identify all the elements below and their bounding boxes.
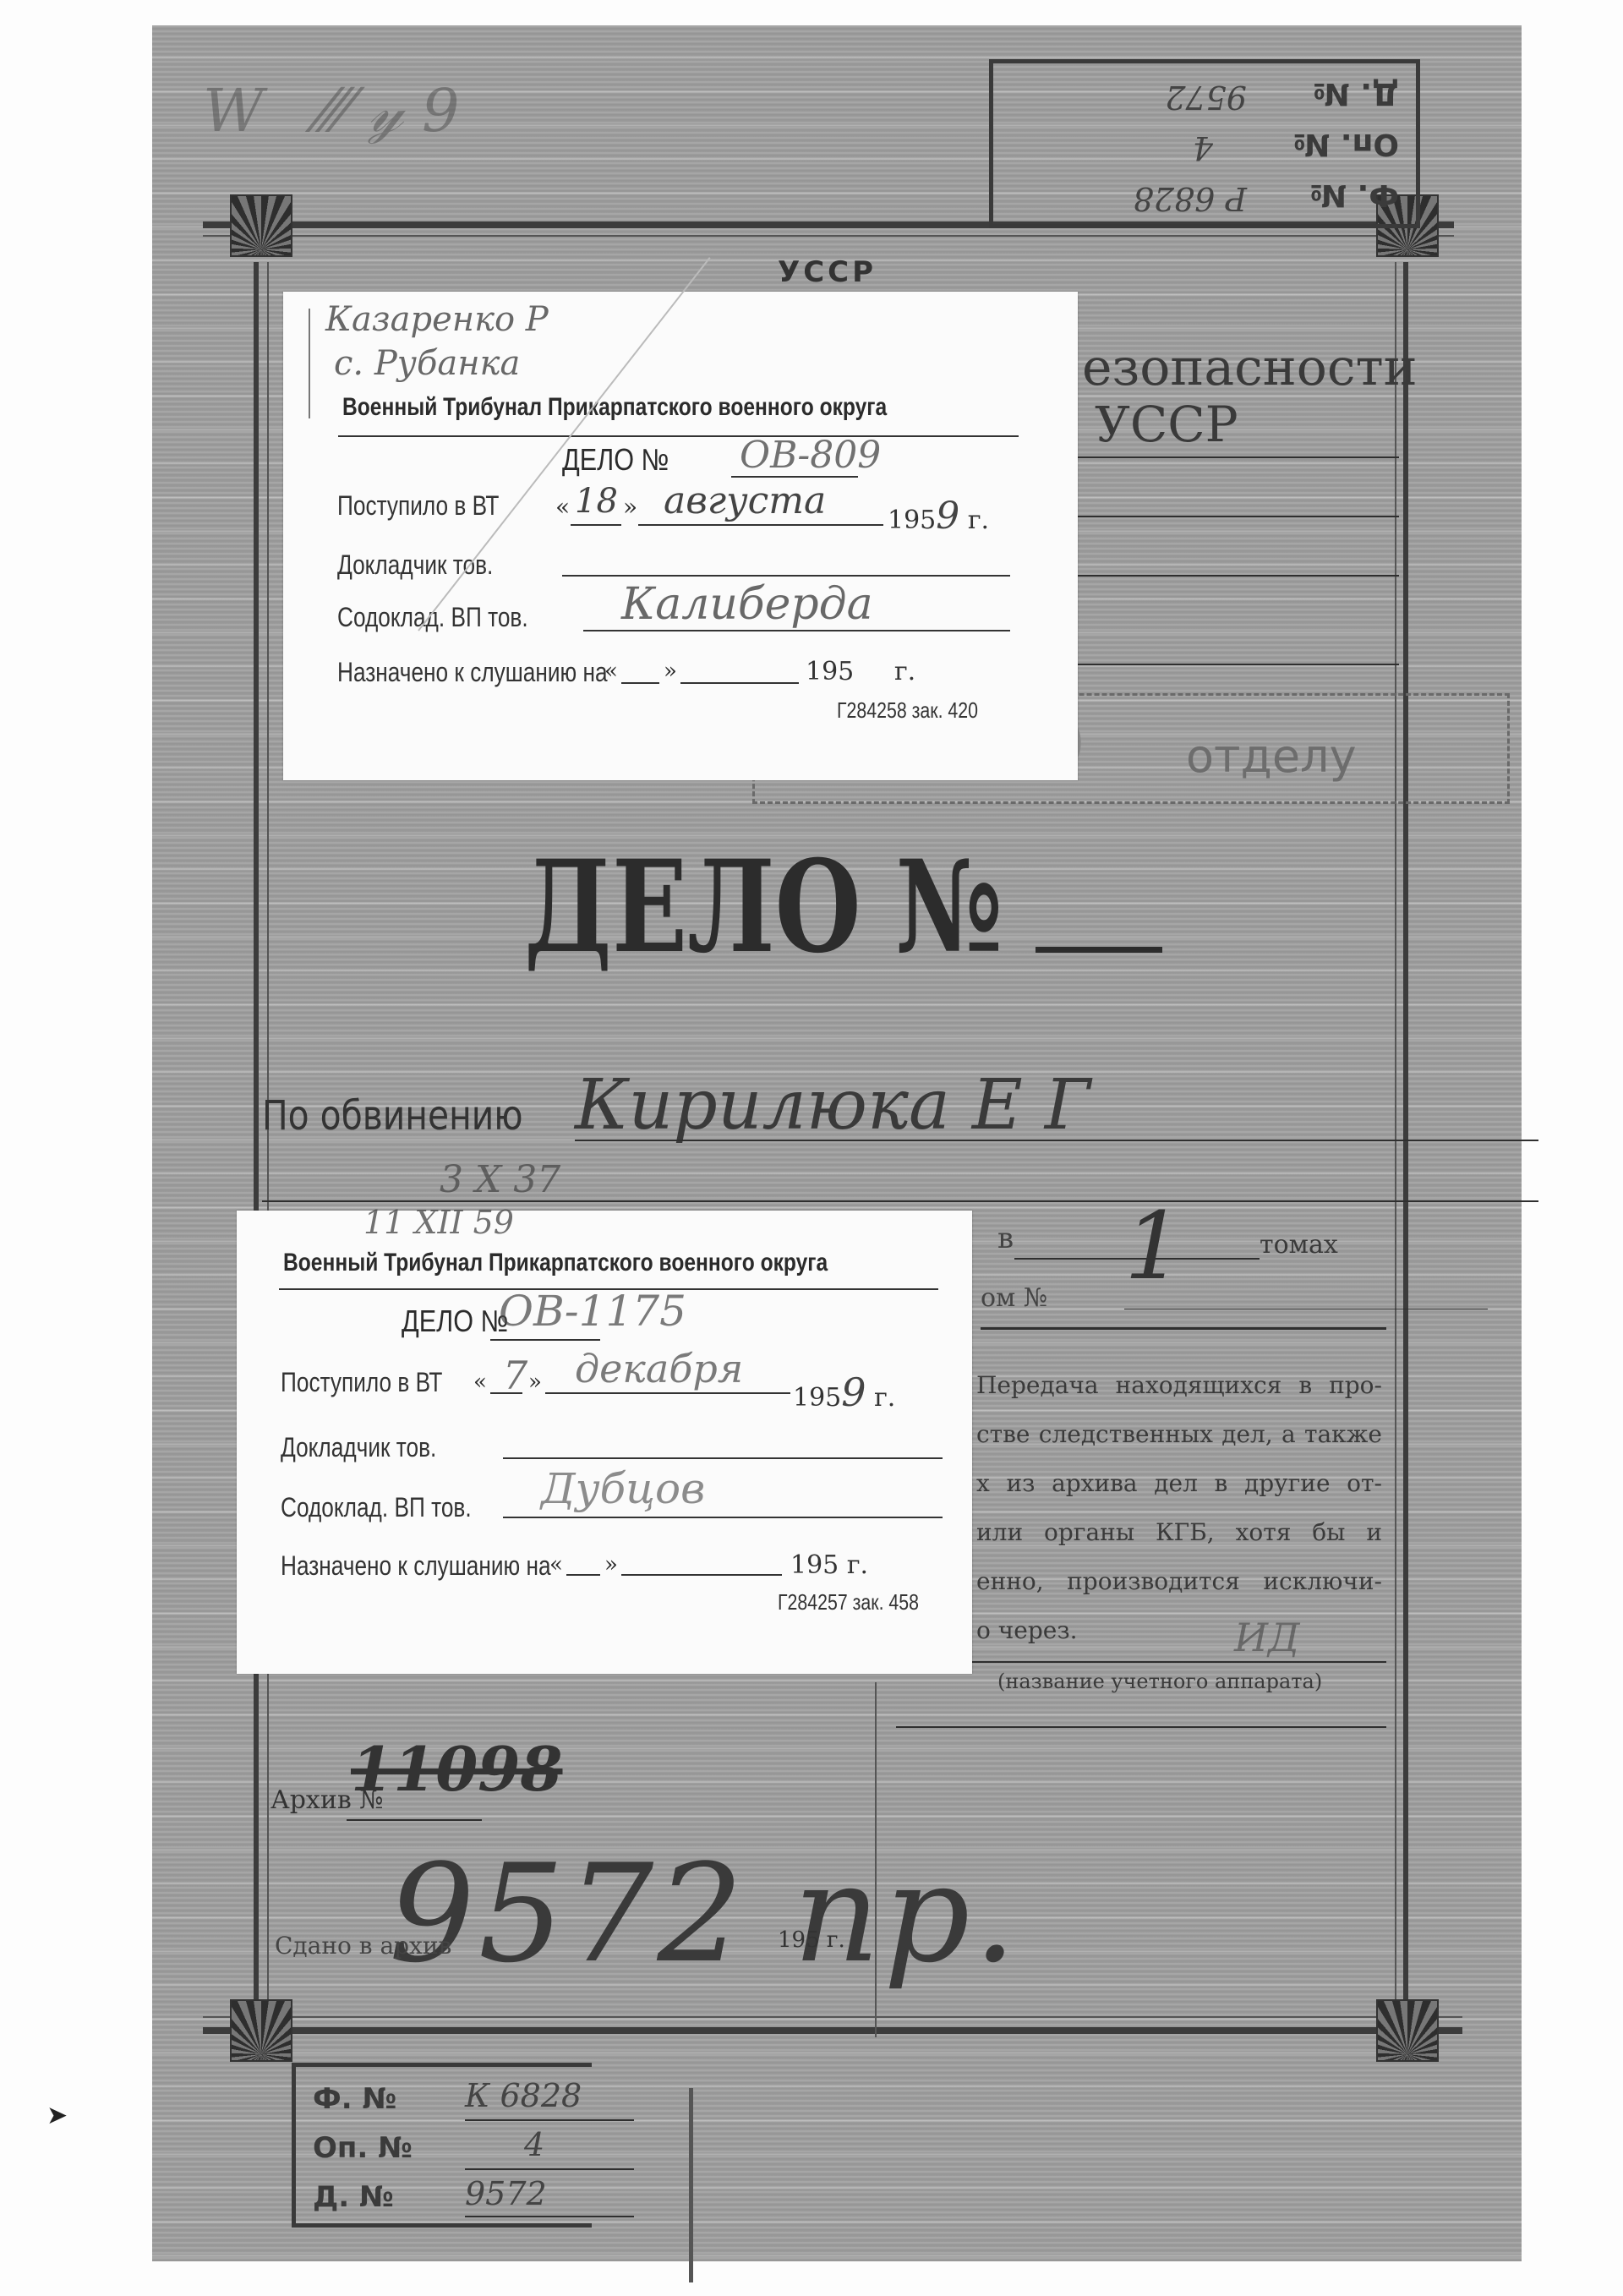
corapporteur-label: Содоклад. ВП тов. (337, 602, 528, 633)
frame-bottom (203, 2027, 1462, 2034)
received-year-suffix: г. (874, 1383, 895, 1413)
tribunal-rule (338, 435, 1019, 437)
quote-close: » (528, 1369, 542, 1395)
agency-title-line2: УССР (1095, 396, 1238, 453)
hearing-year-suffix: г. (894, 657, 915, 686)
hearing-day-rule (566, 1574, 600, 1576)
header-rule (1078, 664, 1399, 665)
cover-title: ДЕЛО № (524, 833, 1003, 981)
handed-year-suffix: г. (827, 1927, 845, 1953)
corner-ornament-icon (1376, 1999, 1439, 2062)
cover-title-text: ДЕЛО № (524, 833, 1003, 981)
republic-header: УССР (778, 255, 877, 289)
case-number-blank (1036, 947, 1162, 953)
stamp-row-value: 9572 (465, 2175, 547, 2212)
notice-initials: ИД (1234, 1615, 1300, 1660)
accounted-stamp-suffix: отделу (1186, 730, 1357, 783)
volume-separator (981, 1327, 1386, 1330)
received-day: 7 (503, 1353, 527, 1398)
received-day: 18 (575, 482, 618, 521)
notice-line: х из архива дел в другие от- (976, 1459, 1382, 1508)
rapporteur-rule (503, 1457, 943, 1459)
stamp-row-rule (465, 2216, 634, 2217)
accounting-rule (964, 1661, 1386, 1663)
frame-top-inner (203, 235, 1454, 237)
hearing-day-rule (621, 682, 659, 684)
received-month: августа (664, 479, 826, 522)
tribunal-label-2: 11 XII 59 Военный Трибунал Прикарпатског… (237, 1211, 972, 1674)
quote-close: » (664, 659, 677, 684)
hearing-month-rule (621, 1574, 782, 1576)
received-year-digit: 9 (936, 495, 959, 538)
corapporteur-label: Содоклад. ВП тов. (281, 1492, 472, 1523)
quote-close: » (623, 493, 637, 521)
hearing-label: Назначено к слушанию на (337, 657, 608, 688)
volumes-prefix: в (997, 1222, 1014, 1255)
notice-line: енно, производится исключи- (976, 1557, 1382, 1606)
quote-close: » (604, 1552, 618, 1577)
quote-open: « (555, 493, 570, 521)
archive-stamp-bottom: Ф. № К 6828 Оп. № 4 Д. № 9572 (292, 2063, 592, 2228)
corapporteur-value: Калиберда (621, 579, 873, 630)
received-year-prefix: 195 (888, 506, 936, 535)
hearing-year: 195 г. (790, 1550, 868, 1580)
rapporteur-rule (562, 575, 1010, 577)
archive-value-struck: 11098 (351, 1733, 563, 1805)
corner-ornament-icon (230, 1999, 292, 2062)
volume-number-label: ом № (981, 1283, 1047, 1313)
notice-line: Передача находящихся в про- (976, 1361, 1382, 1410)
archive-rule (347, 1819, 482, 1821)
quote-open: « (549, 1552, 563, 1577)
case-number-value: ОВ-809 (740, 434, 881, 477)
frame-right (1403, 262, 1408, 2004)
stamp-row-value: К 6828 (465, 2077, 582, 2114)
handed-label: Сдано в архив (275, 1932, 451, 1960)
stamp-row-value: 4 (1193, 129, 1213, 167)
handwritten-header: Казаренко Р (325, 300, 549, 339)
case-number-rule (490, 1339, 600, 1341)
archive-value-struck-text: 11098 (351, 1733, 563, 1805)
corapporteur-rule (583, 630, 1010, 631)
hearing-label: Назначено к слушанию на (281, 1550, 551, 1582)
stamp-row-value: 9572 (1165, 79, 1247, 116)
received-month-rule (638, 524, 883, 526)
received-year: 1959 г. (793, 1369, 895, 1415)
corner-ornament-icon (230, 194, 292, 257)
rapporteur-label: Докладчик тов. (281, 1432, 436, 1463)
accounting-rule-2 (896, 1726, 1386, 1728)
margin-mark: ➤ (46, 2101, 68, 2130)
print-code: Г284258 зак. 420 (837, 697, 978, 724)
stamp-row-value: 4 (524, 2126, 544, 2163)
case-label: ДЕЛО № (402, 1304, 508, 1339)
accusation-value: Кирилюка Е Г (575, 1065, 1090, 1145)
hearing-year: 195 г. (806, 657, 915, 686)
accusation-rule-2 (262, 1200, 1538, 1202)
accusation-rule (575, 1140, 1538, 1141)
stamp-row-label: Ф. № (1310, 178, 1399, 212)
stamp-row-label: Д. № (1313, 76, 1399, 111)
stamp-row-label: Оп. № (1293, 127, 1399, 161)
header-rule (1078, 516, 1399, 517)
case-number-value: ОВ-1175 (499, 1287, 686, 1336)
volume-number-rule (1124, 1309, 1488, 1309)
notice-line: о через. (976, 1606, 1382, 1655)
received-month-rule (545, 1392, 790, 1394)
frame-right-inner (1395, 262, 1396, 2004)
case-label: ДЕЛО № (562, 442, 669, 478)
stamp-row-rule (465, 2168, 634, 2170)
notice-line: стве следственных дел, а также (976, 1410, 1382, 1459)
handed-year: 195 г. (778, 1927, 845, 1953)
agency-title-line1: езопасности (1082, 338, 1418, 397)
tribunal-label-1: Казаренко Р с. Рубанка Военный Трибунал … (283, 292, 1078, 780)
handwritten-date: 11 XII 59 (363, 1204, 514, 1241)
hearing-year-prefix: 195 (790, 1550, 839, 1580)
header-rule (1078, 456, 1399, 458)
received-label: Поступило в ВТ (337, 490, 499, 522)
frame-left (254, 262, 259, 2004)
tribunal-name: Военный Трибунал Прикарпатского военного… (342, 393, 887, 422)
label-left-margin-line (309, 309, 310, 418)
received-year-prefix: 195 (793, 1383, 841, 1413)
notice-paragraph: Передача находящихся в про- стве следств… (976, 1361, 1382, 1655)
accounting-caption: (название учетного аппарата) (997, 1670, 1322, 1693)
stamp-row-label: Д. № (313, 2180, 394, 2214)
stamp-row-value: Р 6828 (1134, 180, 1247, 217)
stamp-row-rule (465, 2119, 634, 2121)
frame-bottom-inner (203, 2016, 1462, 2018)
volumes-label: томах (1260, 1230, 1338, 1260)
archive-value-new: 9572 пр. (389, 1834, 1019, 1993)
received-month: декабря (575, 1346, 743, 1391)
stamp-row-label: Оп. № (313, 2131, 413, 2165)
handed-year-value: 195 (778, 1927, 820, 1953)
notice-line: или органы КГБ, хотя бы и (976, 1508, 1382, 1557)
received-year-suffix: г. (968, 506, 989, 535)
tribunal-name: Военный Трибунал Прикарпатского военного… (283, 1249, 828, 1277)
corapporteur-value: Дубцов (541, 1464, 705, 1513)
quote-open: « (473, 1369, 487, 1395)
received-year-digit: 9 (841, 1369, 866, 1415)
hearing-month-rule (680, 682, 799, 684)
stamp-row-label: Ф. № (313, 2082, 396, 2116)
received-label: Поступило в ВТ (281, 1367, 442, 1398)
handwritten-header: с. Рубанка (334, 344, 520, 383)
received-day-rule (571, 524, 621, 526)
received-year: 1959 г. (888, 495, 989, 538)
accusation-label: По обвинению (262, 1092, 523, 1140)
header-rule (1078, 575, 1399, 577)
quote-open: « (604, 659, 618, 684)
received-day-rule (490, 1392, 522, 1394)
print-code: Г284257 зак. 458 (778, 1589, 919, 1615)
stamp-right-edge (689, 2088, 693, 2282)
hearing-year-prefix: 195 (806, 657, 854, 686)
case-number-rule (731, 476, 858, 478)
accusation-note: 3 X 37 (440, 1158, 560, 1201)
faint-handwriting: W ⁄⁄⁄ 𝓎 9 (203, 76, 459, 146)
volumes-value: 1 (1124, 1192, 1183, 1300)
corapporteur-rule (503, 1517, 943, 1518)
archive-stamp-top: Ф. № Р 6828 Оп. № 4 Д. № 9572 (989, 59, 1420, 228)
hearing-year-suffix: г. (847, 1550, 868, 1580)
